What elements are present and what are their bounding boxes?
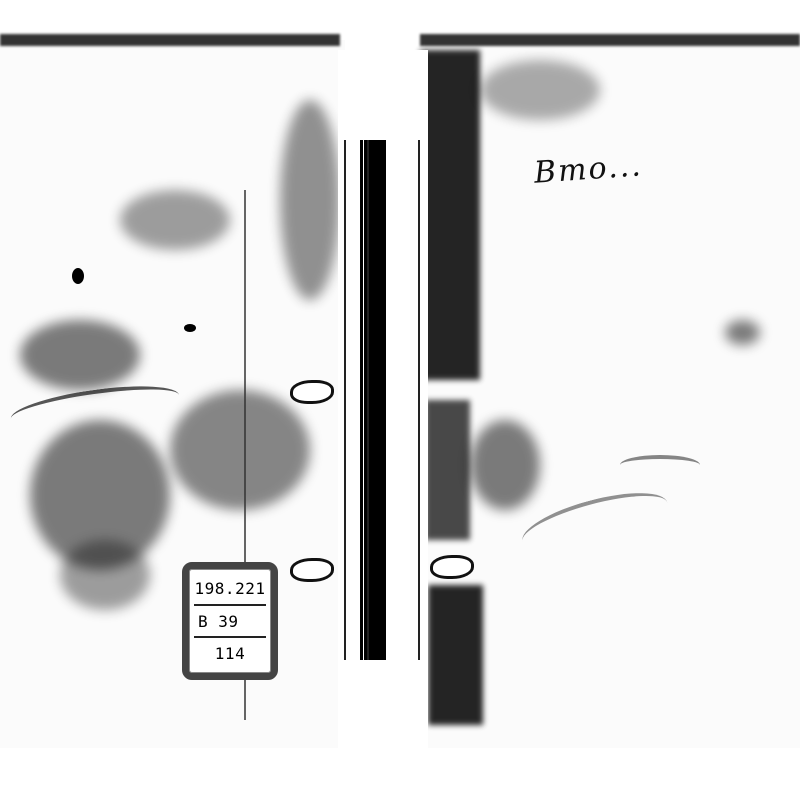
- stain: [120, 190, 230, 250]
- stain: [725, 320, 760, 345]
- hinge-tie: [430, 555, 474, 579]
- spine-text-block: [360, 140, 386, 660]
- hinge-tie: [290, 558, 334, 582]
- stain: [280, 100, 340, 300]
- call-number-cutter: B 39: [194, 604, 266, 637]
- stain: [60, 540, 150, 610]
- call-number-item: 114: [194, 636, 266, 669]
- scanned-book-cover: Bmo... 198.221 B 39 114: [0, 0, 800, 800]
- spine-stain-middle: [425, 400, 470, 540]
- speck: [184, 324, 196, 332]
- spine-stain-upper: [420, 50, 480, 380]
- library-call-number-label: 198.221 B 39 114: [182, 562, 278, 680]
- spine-stain-lower: [428, 585, 483, 725]
- top-edge-wear-left: [0, 34, 340, 46]
- stain: [480, 60, 600, 120]
- stain: [470, 420, 540, 510]
- stain: [170, 390, 310, 510]
- hinge-tie: [290, 380, 334, 404]
- speck: [72, 268, 84, 284]
- stain: [20, 320, 140, 390]
- scrawl-mark: [620, 455, 700, 475]
- top-edge-wear-right: [420, 34, 800, 46]
- call-number-class: 198.221: [194, 573, 266, 604]
- spine-edge-left: [344, 140, 346, 660]
- spine-edge-right: [418, 140, 420, 660]
